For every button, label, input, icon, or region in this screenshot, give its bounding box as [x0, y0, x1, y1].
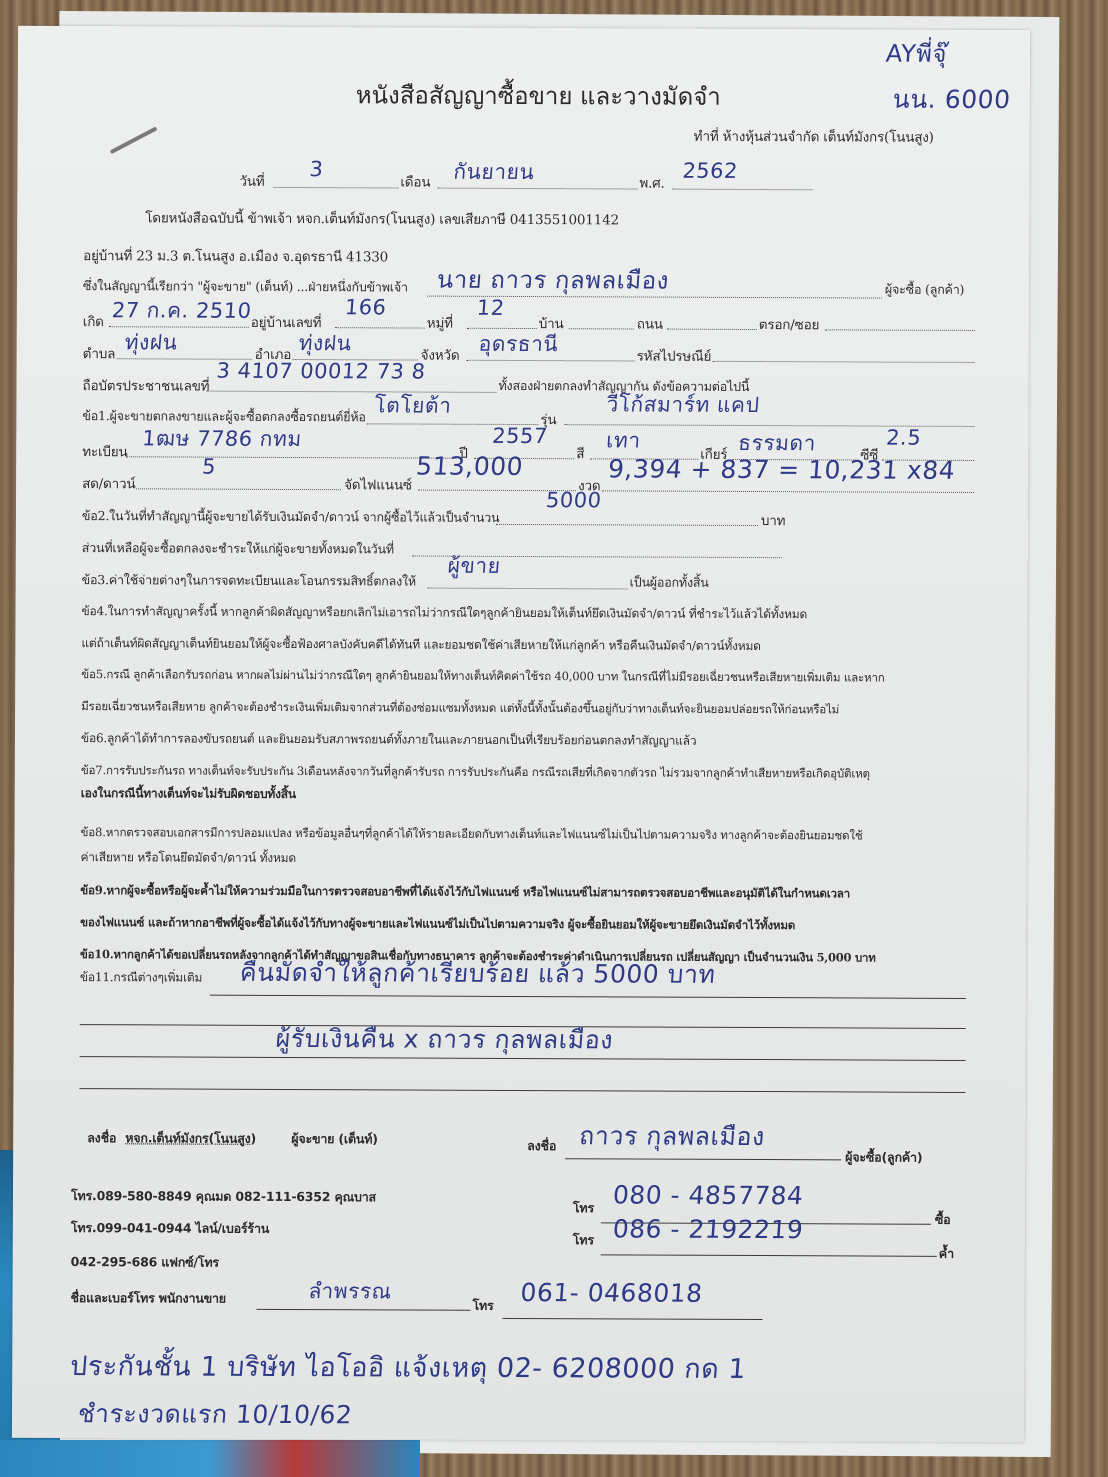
vehicle-color: เทา	[605, 424, 642, 457]
sales-phone-line	[502, 1318, 762, 1320]
moo-label: หมู่ที่	[427, 312, 453, 334]
date-year: 2562	[682, 159, 739, 183]
blue-card-background-bottom	[0, 1440, 420, 1477]
district: ทุ่งฝน	[297, 327, 352, 360]
clause8-line2: ค่าเสียหาย หรือโดนยึดมัดจำ/ดาวน์ ทั้งหมด	[80, 848, 296, 868]
buyer-sign-label: ลงชื่อ	[527, 1136, 556, 1156]
remaining-label: ส่วนที่เหลือผู้จะซื้อตกลงจะชำระให้แก่ผู้…	[82, 538, 394, 559]
plate-dots	[126, 456, 456, 458]
seller-sign-name: หจก.เต็นท์มังกร(โนนสูง)	[125, 1128, 256, 1149]
color-label: สี	[576, 442, 584, 464]
buyer-phone-label: โทร	[573, 1198, 594, 1218]
buyer-suffix-label: ผู้จะซื้อ (ลูกค้า)	[885, 280, 964, 300]
clause11-note1: คืนมัดจำให้ลูกค้าเรียบร้อย แล้ว 5000 บาท	[238, 953, 716, 995]
clause4-line1: ข้อ4.ในการทำสัญญาครั้งนี้ หากลูกค้าผิดสั…	[81, 602, 807, 624]
date-month: กันยายน	[452, 156, 535, 189]
sales-name: ลำพรรณ	[307, 1275, 392, 1308]
vehicle-cc: 2.5	[885, 426, 922, 450]
road-dots	[667, 329, 757, 330]
id-dots	[206, 391, 496, 393]
clause3-suffix: เป็นผู้ออกทั้งสิ้น	[630, 572, 709, 592]
down-dots	[136, 488, 341, 490]
clause7-line2: เองในกรณีนี้ทางเต็นท์จะไม่รับผิดชอบทั้งส…	[81, 784, 296, 804]
clause11-line1	[210, 995, 966, 999]
road-label: ถนน	[637, 313, 663, 335]
year-label: พ.ศ.	[639, 172, 664, 194]
sales-phone-label: โทร	[472, 1296, 493, 1316]
house-no: 166	[344, 295, 387, 319]
clause4-line2: แต่ถ้าเต็นท์ผิดสัญญาเต็นท์ยินยอมให้ผู้จะ…	[81, 634, 760, 656]
date-day: 3	[309, 157, 325, 181]
clause6: ข้อ6.ลูกค้าได้ทำการลองขับรถยนต์ และยินยอ…	[81, 729, 696, 751]
shop-fax: 042-295-686 แฟกซ์/โทร	[71, 1252, 219, 1273]
clause11-label: ข้อ11.กรณีต่างๆเพิ่มเติม	[80, 968, 202, 988]
birth-label: เกิด	[83, 310, 104, 332]
moo: 12	[476, 296, 506, 320]
deposit-amount: 5000	[545, 488, 602, 512]
vehicle-model: วีโก้สมาร์ท แคป	[605, 388, 760, 422]
installment-amount: 9,394 + 837 = 10,231 x84	[607, 454, 956, 485]
deposit-unit: บาท	[761, 509, 786, 531]
year-dots	[672, 189, 812, 191]
first-payment-note: ชำระงวดแรก 10/10/62	[77, 1394, 354, 1435]
seller-sign-label: ลงชื่อ	[87, 1128, 116, 1148]
clause9-line1: ข้อ9.หากผู้จะซื้อหรือผู้จะค้ำไม่ให้ความร…	[80, 882, 850, 903]
clause2-label: ข้อ2.ในวันที่ทำสัญญานี้ผู้จะขายได้รับเงิ…	[82, 506, 500, 528]
sales-name-line	[256, 1309, 470, 1311]
day-dots	[273, 187, 398, 189]
vehicle-brand: โตโยต้า	[373, 389, 452, 422]
seller-sign-role: ผู้จะขาย (เต็นท์)	[291, 1129, 378, 1149]
buyer-sign-line	[565, 1158, 841, 1160]
id-label: ถือบัตรประชาชนเลขที่	[82, 374, 209, 397]
down-payment: 5	[201, 455, 217, 479]
province-label: จังหวัด	[421, 344, 460, 366]
deposit-dots	[496, 524, 758, 526]
clause9-line2: ของไฟแนนซ์ และถ้าหากอาชีพที่ผู้จะซื้อได้…	[80, 914, 795, 935]
pen-stroke-mark	[110, 126, 158, 154]
seller-address: อยู่บ้านที่ 23 ม.3 ต.โนนสูง อ.เมือง จ.อุ…	[83, 244, 388, 267]
id-number: 3 4107 00012 73 8	[216, 359, 427, 384]
clause7-line1: ข้อ7.การรับประกันรถ ทางเต็นท์จะรับประกัน…	[81, 762, 870, 783]
intro-line: โดยหนังสือฉบับนี้ ข้าพเจ้า หจก.เต็นท์มัง…	[145, 206, 619, 230]
birth-date: 27 ก.ค. 2510	[111, 294, 253, 328]
clause5-line1: ข้อ5.กรณี ลูกค้าเลือกรับรถก่อน หากผลไม่ผ…	[81, 666, 884, 688]
postcode-dots	[713, 361, 975, 363]
soi-label: ตรอก/ซอย	[759, 313, 820, 335]
sales-label: ชื่อและเบอร์โทร พนักงานขาย	[70, 1288, 225, 1309]
clause5-line2: มีรอยเฉี่ยวชนหรือเสียหาย ลูกค้าจะต้องชำร…	[81, 698, 839, 719]
payer-dots	[428, 588, 628, 590]
guarantor-phone-label: โทร	[573, 1230, 594, 1250]
shop-phone-2: โทร.099-041-0944 ไลน์/เบอร์ร้าน	[71, 1218, 269, 1239]
vehicle-plate: 1ฒษ 7786 กทม	[141, 422, 303, 456]
vehicle-year: 2557	[491, 424, 548, 448]
clause11-note2: ผู้รับเงินคืน x ถาวร กุลพลเมือง	[274, 1019, 614, 1060]
finance-label: จัดไฟแนนซ์	[344, 473, 412, 495]
guarantor-phone-role: ค้ำ	[939, 1244, 954, 1264]
top-note-amount: นน. 6000	[891, 80, 1012, 121]
finance-amount: 513,000	[415, 452, 524, 481]
month-label: เดือน	[400, 170, 430, 192]
down-label: สด/ดาวน์	[82, 472, 135, 494]
buyer-sign-role: ผู้จะซื้อ(ลูกค้า)	[845, 1147, 922, 1167]
clause11-line4	[79, 1088, 965, 1093]
document-title: หนังสือสัญญาซื้อขาย และวางมัดจำ	[356, 75, 721, 116]
plate-label: ทะเบียน	[82, 440, 127, 462]
insurance-note: ประกันชั้น 1 บริษัท ไอโออิ แจ้งเหตุ 02- …	[69, 1344, 748, 1390]
clause3-label: ข้อ3.ค่าใช้จ่ายต่างๆในการจดทะเบียนและโอน…	[82, 570, 416, 591]
postcode-label: รหัสไปรษณีย์	[637, 345, 712, 367]
installment-dots	[602, 490, 974, 493]
buyer-phone-role: ซื้อ	[935, 1210, 951, 1230]
sales-phone: 061- 0468018	[519, 1278, 703, 1308]
subdistrict: ทุ่งฝน	[123, 326, 178, 359]
province: อุดรธานี	[477, 328, 559, 361]
guarantor-phone: 086 - 2192219	[612, 1214, 805, 1244]
buyer-phone: 080 - 4857784	[612, 1180, 805, 1210]
clause8-line1: ข้อ8.หากตรวจสอบเอกสารมีการปลอมแปลง หรือข…	[81, 824, 863, 845]
day-label: วันที่	[239, 170, 264, 192]
village-dots	[569, 328, 634, 329]
shop-phone-1: โทร.089-580-8849 คุณมด 082-111-6352 คุณบ…	[71, 1186, 376, 1207]
fee-payer: ผู้ขาย	[447, 550, 502, 583]
guarantor-phone-line	[601, 1254, 937, 1256]
soi-dots	[825, 329, 975, 331]
contract-paper: หนังสือสัญญาซื้อขาย และวางมัดจำ AYพี่จุ๊…	[12, 26, 1030, 1442]
written-at: ทำที่ ห้างหุ้นส่วนจำกัด เต็นท์มังกร(โนนส…	[694, 125, 934, 148]
subdistrict-label: ตำบล	[83, 342, 116, 364]
top-note-name: AYพี่จุ๊	[885, 34, 949, 73]
buyer-name: นาย ถาวร กุลพลเมือง	[436, 260, 671, 300]
buyer-signature: ถาวร กุลพลเมือง	[578, 1116, 767, 1157]
